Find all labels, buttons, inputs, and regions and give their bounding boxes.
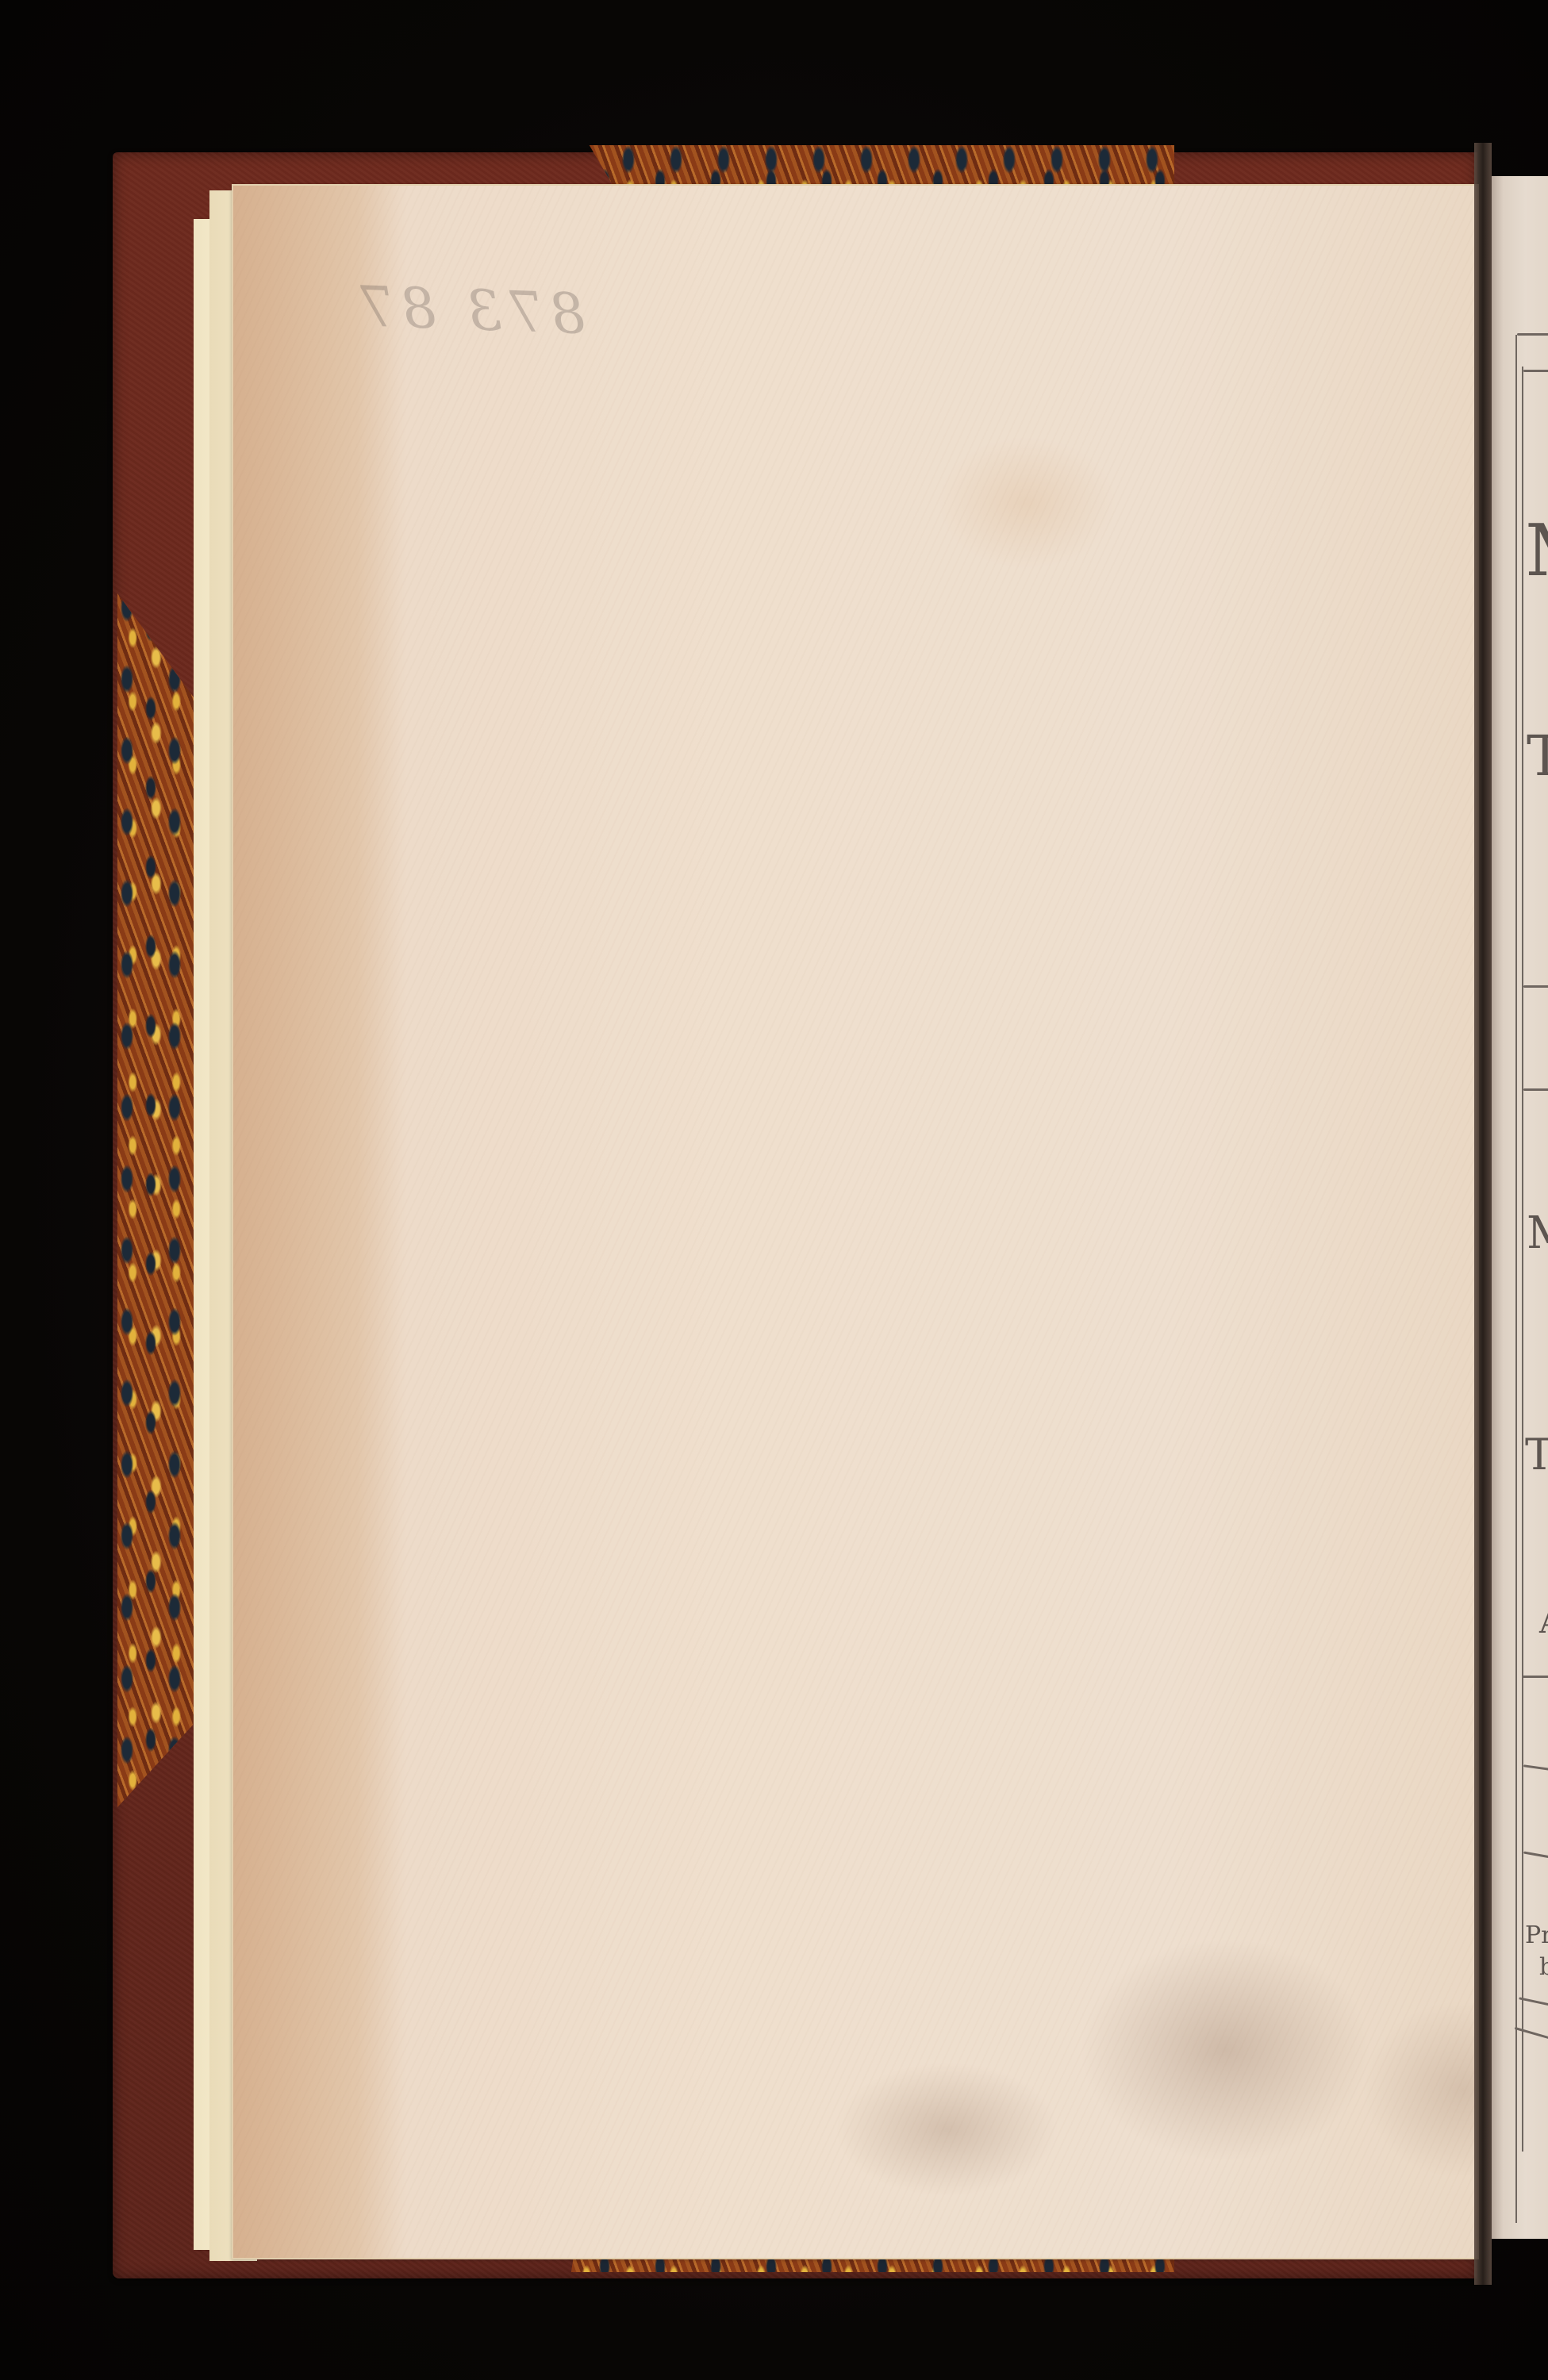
handwritten-shelfmark: 873 87: [352, 274, 587, 347]
rule-top: [1517, 333, 1548, 336]
border-rule-outer: [1515, 335, 1517, 2223]
title-fragment-3: M: [1527, 1207, 1548, 1259]
rule-mid-3: [1522, 1676, 1548, 1678]
title-fragment-4: Th: [1525, 1430, 1548, 1480]
printer-line: Printe: [1525, 1921, 1548, 1949]
title-fragment-1: M: [1525, 509, 1548, 593]
rule-mid-1: [1523, 985, 1548, 988]
rule-mid-5: [1523, 1852, 1548, 1860]
rule-top-inner: [1523, 370, 1548, 372]
book-gutter: [1474, 143, 1492, 2285]
title-fragment-5: A: [1539, 1604, 1548, 1641]
marbled-corner-top: [571, 145, 1174, 186]
printer-line-2: b: [1539, 1953, 1548, 1981]
rule-mid-4: [1523, 1764, 1548, 1772]
rule-bottom-2: [1515, 2027, 1548, 2040]
endpaper-page: [232, 184, 1479, 2259]
border-rule-inner: [1522, 367, 1523, 2152]
title-page: M T M Th A Printe b: [1492, 176, 1548, 2239]
rule-mid-2: [1523, 1088, 1548, 1091]
title-fragment-2: T: [1527, 724, 1548, 789]
